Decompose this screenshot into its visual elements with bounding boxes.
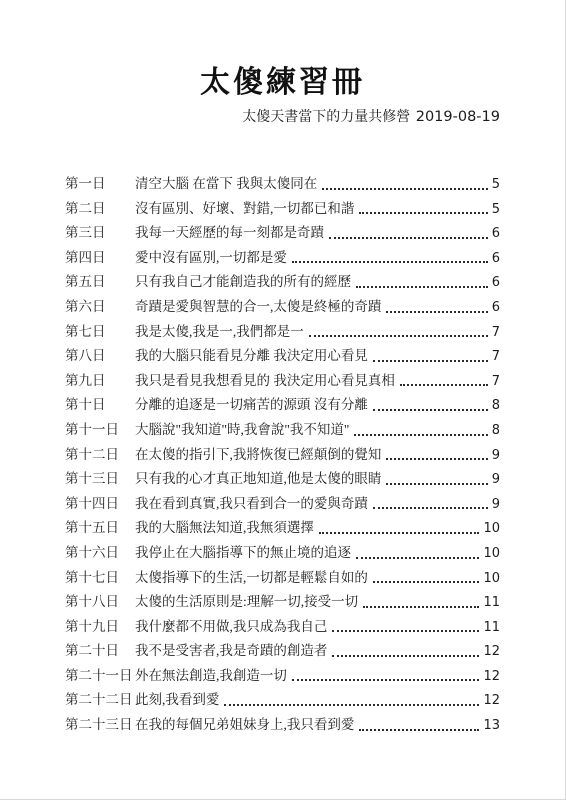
toc-day-label: 第十三日 (65, 467, 135, 492)
toc-day-label: 第二日 (65, 197, 135, 222)
toc-day-label: 第二十三日 (65, 713, 135, 738)
toc-day-label: 第十九日 (65, 615, 135, 640)
toc-page-number: 6 (492, 222, 500, 247)
toc-dot-leader (373, 507, 488, 509)
toc-entry: 第四日 愛中沒有區別,一切都是愛 6 (65, 246, 500, 271)
toc-entry: 第五日 只有我自己才能創造我的所有的經歷 6 (65, 270, 500, 295)
toc-day-label: 第十八日 (65, 590, 135, 615)
toc-entry: 第二十三日 在我的每個兄弟姐妹身上,我只看到愛 13 (65, 713, 500, 738)
toc-entry-title: 太傻指導下的生活,一切都是輕鬆自如的 (135, 566, 368, 591)
toc-dot-leader (356, 286, 488, 288)
toc-entry-title: 在太傻的指引下,我將恢復已經顛倒的覺知 (135, 443, 381, 468)
toc-entry: 第六日 奇蹟是愛與智慧的合一,太傻是終極的奇蹟 6 (65, 295, 500, 320)
toc-page-number: 11 (483, 616, 500, 641)
toc-day-label: 第七日 (65, 320, 135, 345)
toc-entry: 第十一日 大腦說"我知道"時,我會說"我不知道" 8 (65, 418, 500, 443)
page-content: 太傻練習冊 太傻天書當下的力量共修營 2019-08-19 第一日 清空大腦 在… (65, 0, 500, 738)
toc-page-number: 12 (483, 689, 500, 714)
toc-entry-title: 我在看到真實,我只看到合一的愛與奇蹟 (135, 492, 368, 517)
toc-entry-title: 外在無法創造,我創造一切 (135, 664, 287, 689)
toc-day-label: 第十五日 (65, 516, 135, 541)
subtitle-date: 2019-08-19 (416, 109, 500, 125)
toc-day-label: 第八日 (65, 344, 135, 369)
toc-entry-title: 我的大腦無法知道,我無須選擇 (135, 516, 314, 541)
toc-dot-leader (322, 188, 487, 190)
toc-page-number: 10 (483, 542, 500, 567)
toc-entry: 第十六日 我停止在大腦指導下的無止境的追逐 10 (65, 541, 500, 566)
toc-entry: 第二十二日 此刻,我看到愛 12 (65, 688, 500, 713)
toc-page-number: 9 (492, 493, 500, 518)
toc-dot-leader (309, 335, 488, 337)
toc-dot-leader (332, 655, 479, 657)
toc-entry-title: 此刻,我看到愛 (135, 688, 219, 713)
toc-entry-title: 只有我自己才能創造我的所有的經歷 (135, 270, 351, 295)
toc-entry-title: 沒有區別、好壞、對錯,一切都已和諧 (135, 197, 354, 222)
toc-entry-title: 只有我的心才真正地知道,他是太傻的眼睛 (135, 467, 381, 492)
toc-day-label: 第一日 (65, 172, 135, 197)
toc-entry: 第二十日 我不是受害者,我是奇蹟的創造者 12 (65, 639, 500, 664)
toc-entry: 第十四日 我在看到真實,我只看到合一的愛與奇蹟 9 (65, 492, 500, 517)
toc-entry-title: 大腦說"我知道"時,我會說"我不知道" (135, 418, 349, 443)
toc-entry: 第十八日 太傻的生活原則是:理解一切,接受一切 11 (65, 590, 500, 615)
toc-day-label: 第二十日 (65, 639, 135, 664)
toc-entry-title: 我停止在大腦指導下的無止境的追逐 (135, 541, 351, 566)
toc-day-label: 第五日 (65, 270, 135, 295)
toc-day-label: 第二十二日 (65, 688, 135, 713)
toc-entry-title: 在我的每個兄弟姐妹身上,我只看到愛 (135, 713, 354, 738)
toc-dot-leader (292, 261, 488, 263)
subtitle-text: 太傻天書當下的力量共修營 (242, 110, 410, 125)
toc-entry: 第十二日 在太傻的指引下,我將恢復已經顛倒的覺知 9 (65, 443, 500, 468)
toc-page-number: 5 (492, 198, 500, 223)
toc-page-number: 8 (492, 394, 500, 419)
toc-dot-leader (224, 704, 479, 706)
toc-entry: 第十九日 我什麼都不用做,我只成為我自己 11 (65, 615, 500, 640)
toc-entry: 第十七日 太傻指導下的生活,一切都是輕鬆自如的 10 (65, 566, 500, 591)
toc-entry: 第十三日 只有我的心才真正地知道,他是太傻的眼睛 9 (65, 467, 500, 492)
toc-entry: 第二十一日 外在無法創造,我創造一切 12 (65, 664, 500, 689)
toc-dot-leader (363, 606, 479, 608)
toc-day-label: 第十日 (65, 393, 135, 418)
toc-page-number: 10 (483, 517, 500, 542)
toc-list: 第一日 清空大腦 在當下 我與太傻同在 5 第二日 沒有區別、好壞、對錯,一切都… (65, 172, 500, 738)
toc-entry: 第八日 我的大腦只能看見分離 我決定用心看見 7 (65, 344, 500, 369)
toc-entry: 第九日 我只是看見我想看見的 我決定用心看見真相 7 (65, 369, 500, 394)
toc-dot-leader (386, 311, 487, 313)
toc-page-number: 7 (492, 370, 500, 395)
toc-entry-title: 我什麼都不用做,我只成為我自己 (135, 615, 327, 640)
page-title: 太傻練習冊 (65, 66, 500, 100)
toc-dot-leader (386, 483, 487, 485)
toc-entry-title: 我只是看見我想看見的 我決定用心看見真相 (135, 369, 395, 394)
toc-day-label: 第十七日 (65, 566, 135, 591)
toc-page-number: 10 (483, 567, 500, 592)
toc-page-number: 5 (492, 173, 500, 198)
toc-dot-leader (356, 557, 479, 559)
toc-entry-title: 清空大腦 在當下 我與太傻同在 (135, 172, 317, 197)
toc-entry: 第一日 清空大腦 在當下 我與太傻同在 5 (65, 172, 500, 197)
toc-page-number: 9 (492, 468, 500, 493)
toc-day-label: 第九日 (65, 369, 135, 394)
toc-page-number: 12 (483, 665, 500, 690)
toc-page-number: 6 (492, 271, 500, 296)
toc-dot-leader (359, 212, 487, 214)
toc-entry-title: 我不是受害者,我是奇蹟的創造者 (135, 639, 327, 664)
toc-dot-leader (373, 409, 488, 411)
toc-page-number: 12 (483, 640, 500, 665)
toc-dot-leader (329, 237, 488, 239)
toc-entry: 第七日 我是太傻,我是一,我們都是一 7 (65, 320, 500, 345)
toc-entry: 第十日 分離的追逐是一切痛苦的源頭 沒有分離 8 (65, 393, 500, 418)
toc-entry-title: 太傻的生活原則是:理解一切,接受一切 (135, 590, 358, 615)
toc-dot-leader (292, 679, 480, 681)
toc-day-label: 第十六日 (65, 541, 135, 566)
toc-entry-title: 愛中沒有區別,一切都是愛 (135, 246, 287, 271)
toc-day-label: 第十二日 (65, 443, 135, 468)
toc-dot-leader (319, 532, 480, 534)
document-page: 太傻練習冊 太傻天書當下的力量共修營 2019-08-19 第一日 清空大腦 在… (0, 0, 566, 800)
toc-day-label: 第四日 (65, 246, 135, 271)
toc-page-number: 8 (492, 419, 500, 444)
toc-dot-leader (373, 360, 488, 362)
toc-dot-leader (373, 581, 480, 583)
toc-dot-leader (354, 434, 487, 436)
page-subtitle: 太傻天書當下的力量共修營 2019-08-19 (65, 107, 500, 128)
toc-page-number: 6 (492, 247, 500, 272)
toc-page-number: 9 (492, 444, 500, 469)
toc-day-label: 第六日 (65, 295, 135, 320)
toc-entry-title: 我的大腦只能看見分離 我決定用心看見 (135, 344, 368, 369)
toc-page-number: 7 (492, 321, 500, 346)
toc-page-number: 6 (492, 296, 500, 321)
toc-day-label: 第十一日 (65, 418, 135, 443)
toc-day-label: 第三日 (65, 221, 135, 246)
toc-dot-leader (332, 630, 479, 632)
toc-entry-title: 我每一天經歷的每一刻都是奇蹟 (135, 221, 324, 246)
toc-entry-title: 奇蹟是愛與智慧的合一,太傻是終極的奇蹟 (135, 295, 381, 320)
toc-page-number: 13 (483, 714, 500, 739)
toc-entry: 第三日 我每一天經歷的每一刻都是奇蹟 6 (65, 221, 500, 246)
toc-day-label: 第二十一日 (65, 664, 135, 689)
toc-dot-leader (359, 729, 479, 731)
toc-dot-leader (386, 458, 487, 460)
toc-day-label: 第十四日 (65, 492, 135, 517)
toc-entry: 第十五日 我的大腦無法知道,我無須選擇 10 (65, 516, 500, 541)
toc-page-number: 11 (483, 591, 500, 616)
toc-entry-title: 分離的追逐是一切痛苦的源頭 沒有分離 (135, 393, 368, 418)
toc-entry: 第二日 沒有區別、好壞、對錯,一切都已和諧 5 (65, 197, 500, 222)
toc-dot-leader (400, 384, 488, 386)
toc-page-number: 7 (492, 345, 500, 370)
toc-entry-title: 我是太傻,我是一,我們都是一 (135, 320, 304, 345)
